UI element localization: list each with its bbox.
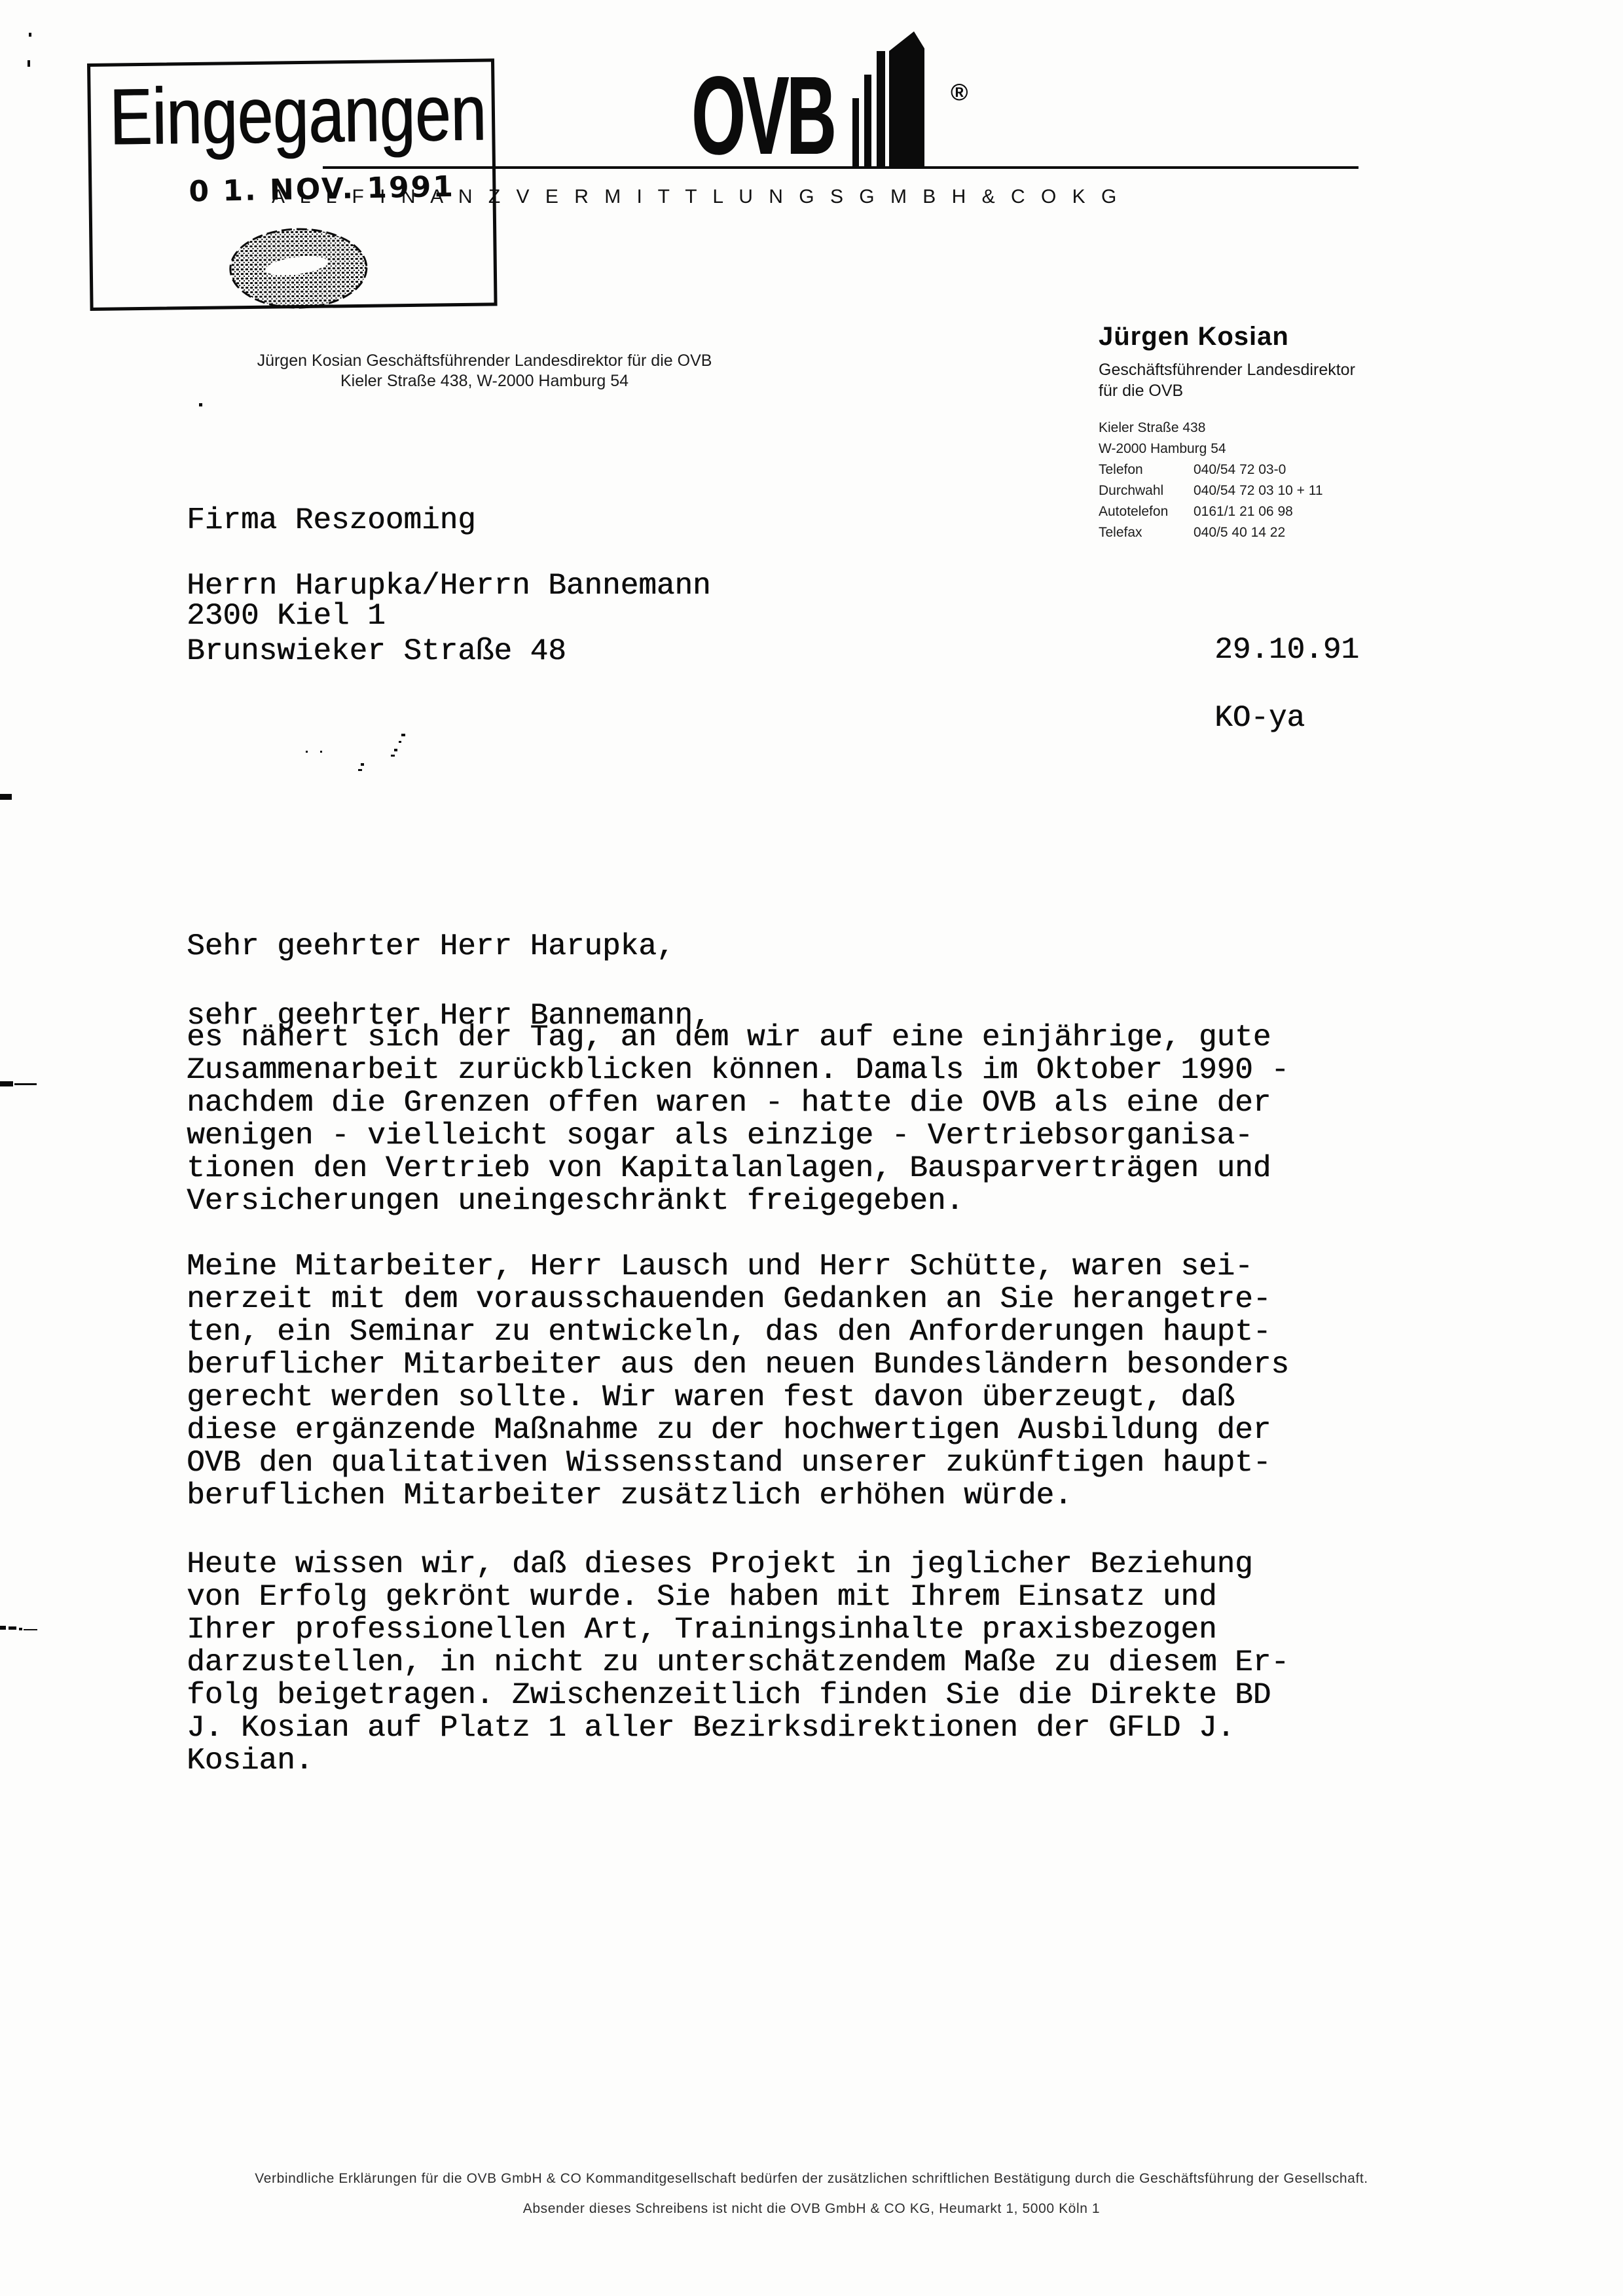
ink-speck (320, 751, 322, 753)
contact-details: Kieler Straße 438 W-2000 Hamburg 54 Tele… (1099, 418, 1323, 543)
fold-mark (0, 794, 12, 800)
fold-mark (24, 1629, 37, 1630)
received-stamp: Eingegangen 0 1. NOV. 1991 (87, 58, 498, 311)
stamp-smudge-mark (227, 226, 371, 312)
phone-value: 040/5 40 14 22 (1194, 522, 1285, 543)
ink-speck (361, 763, 364, 766)
ovb-building-icon (848, 31, 948, 168)
sender-return-line2: Kieler Straße 438, W-2000 Hamburg 54 (196, 371, 773, 391)
contact-title-line1: Geschäftsführender Landesdirektor (1099, 361, 1355, 380)
ink-speck (391, 755, 395, 757)
ink-speck (29, 33, 31, 37)
footer-line2: Absender dieses Schreibens ist nicht die… (0, 2194, 1623, 2224)
fold-mark (0, 1081, 13, 1086)
recipient-line2: Herrn Harupka/Herrn Bannemann (187, 569, 711, 602)
ink-speck (27, 60, 30, 67)
phone-label: Autotelefon (1099, 501, 1194, 522)
fold-mark (19, 1628, 22, 1630)
recipient-line3: Brunswieker Straße 48 (187, 635, 711, 668)
body-paragraph-2: Meine Mitarbeiter, Herr Lausch und Herr … (187, 1250, 1289, 1512)
ink-speck (401, 734, 405, 736)
footer-line1: Verbindliche Erklärungen für die OVB Gmb… (0, 2164, 1623, 2194)
recipient-line1: Firma Reszooming (187, 504, 711, 537)
contact-street: Kieler Straße 438 (1099, 418, 1323, 439)
phone-label: Telefon (1099, 459, 1194, 480)
letter-reference: KO-ya (1214, 701, 1359, 735)
ink-speck (358, 769, 362, 771)
body-paragraph-3: Heute wissen wir, daß dieses Projekt in … (187, 1548, 1289, 1777)
ink-speck (199, 403, 202, 406)
phone-value: 0161/1 21 06 98 (1194, 501, 1293, 522)
phone-label: Durchwahl (1099, 480, 1194, 501)
contact-name: Jürgen Kosian (1099, 322, 1289, 351)
contact-title-line2: für die OVB (1099, 382, 1183, 401)
fold-mark (0, 1626, 6, 1630)
ovb-logo-text: OVB (691, 60, 833, 171)
registered-trademark-icon: ® (951, 79, 968, 106)
sender-return-line1: Jürgen Kosian Geschäftsführender Landesd… (196, 351, 773, 371)
phone-value: 040/54 72 03 10 + 11 (1194, 480, 1323, 501)
phone-label: Telefax (1099, 522, 1194, 543)
sender-return-address: Jürgen Kosian Geschäftsführender Landesd… (196, 351, 773, 391)
stamp-date: 0 1. NOV. 1991 (189, 170, 455, 209)
recipient-address: Firma Reszooming Herrn Harupka/Herrn Ban… (187, 471, 711, 700)
contact-city: W-2000 Hamburg 54 (1099, 439, 1323, 459)
contact-phone-row: Autotelefon 0161/1 21 06 98 (1099, 501, 1323, 522)
ink-speck (394, 749, 397, 751)
contact-phone-row: Telefax 040/5 40 14 22 (1099, 522, 1323, 543)
stamp-title: Eingegangen (109, 69, 486, 161)
contact-phone-row: Durchwahl 040/54 72 03 10 + 11 (1099, 480, 1323, 501)
ink-speck (306, 751, 308, 753)
footer: Verbindliche Erklärungen für die OVB Gmb… (0, 2164, 1623, 2224)
recipient-city-line: 2300 Kiel 1 (187, 600, 386, 632)
letter-page: OVB ® A L L F I N A N Z V E R M I T T L … (0, 0, 1623, 2296)
phone-value: 040/54 72 03-0 (1194, 459, 1286, 480)
fold-mark (9, 1626, 16, 1630)
fold-mark (14, 1083, 37, 1085)
ink-speck (399, 741, 401, 743)
salutation-line1: Sehr geehrter Herr Harupka, (187, 929, 711, 964)
date-block: 29.10.91 KO-ya (1214, 599, 1359, 769)
contact-phone-row: Telefon 040/54 72 03-0 (1099, 459, 1323, 480)
letter-date: 29.10.91 (1214, 633, 1359, 667)
body-paragraph-1: es nähert sich der Tag, an dem wir auf e… (187, 1021, 1289, 1217)
